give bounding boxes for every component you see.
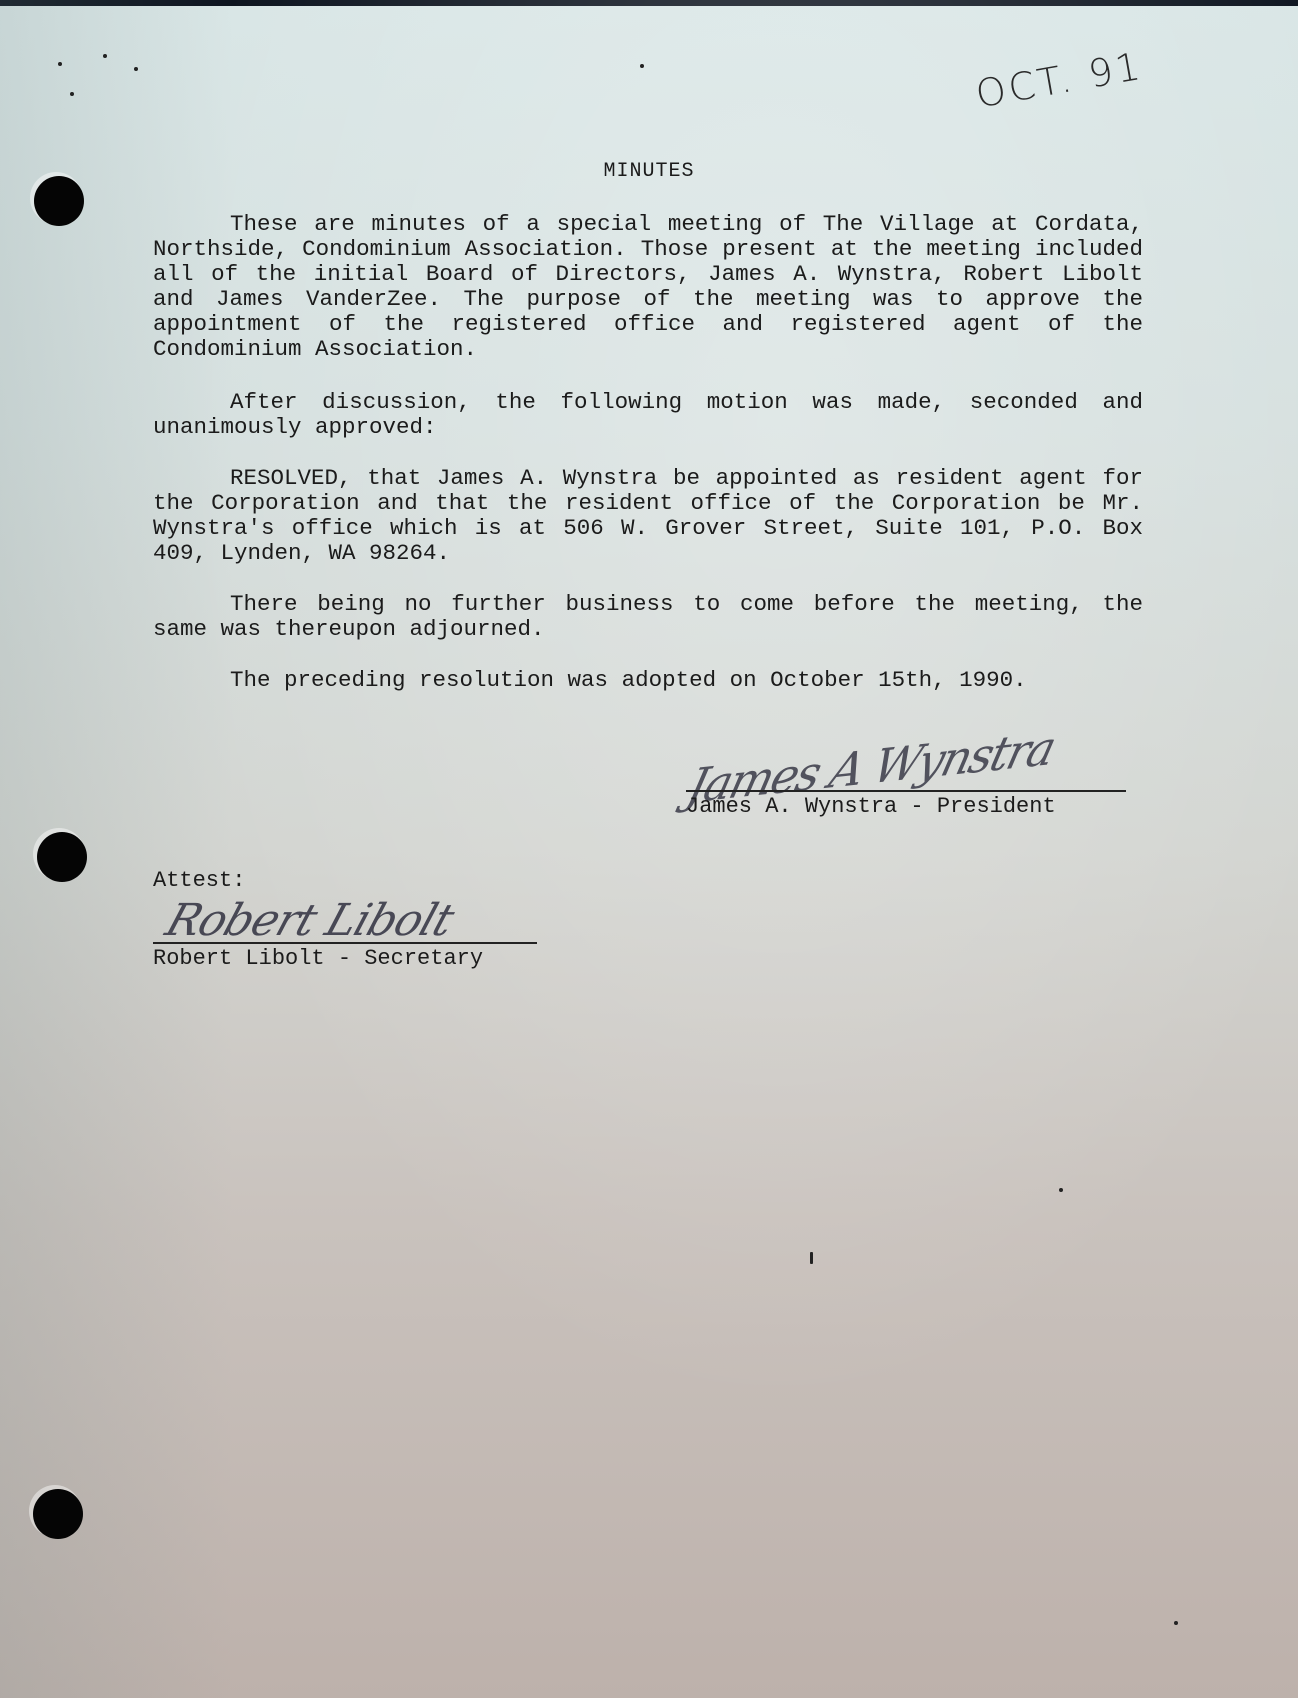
speck [1174,1621,1178,1625]
speck [1059,1188,1063,1192]
paragraph-discussion: After discussion, the following motion w… [153,390,1143,440]
attest-label: Attest: [153,868,245,893]
speck [640,64,644,68]
president-signature-label: James A. Wynstra - President [686,794,1126,819]
secretary-signature-block: Robert Libolt - Secretary [153,942,537,971]
binder-hole-middle [37,832,87,882]
binder-hole-top [34,176,84,226]
paragraph-text: After discussion, the following motion w… [153,389,1143,440]
signature-line [686,790,1126,792]
binder-hole-bottom [33,1489,83,1539]
signature-line [153,942,537,944]
paragraph-text: These are minutes of a special meeting o… [153,211,1143,362]
secretary-signature-label: Robert Libolt - Secretary [153,946,537,971]
paragraph-intro: These are minutes of a special meeting o… [153,212,1143,362]
paragraph-text: The preceding resolution was adopted on … [230,667,1027,693]
speck [134,67,138,71]
paragraph-text: There being no further business to come … [153,591,1143,642]
paragraph-text: RESOLVED, that James A. Wynstra be appoi… [153,465,1143,566]
scan-top-edge [0,0,1298,6]
document-title: MINUTES [0,160,1298,183]
speck [70,92,74,96]
speck [103,54,107,58]
paragraph-resolution: RESOLVED, that James A. Wynstra be appoi… [153,466,1143,566]
paragraph-adjourned: There being no further business to come … [153,592,1143,642]
handwritten-date-note: OCT. 91 [972,44,1146,117]
secretary-handwritten-signature: Robert Libolt [160,895,460,946]
speck [810,1252,813,1264]
president-signature-block: James A. Wynstra - President [686,790,1126,819]
paragraph-adoption-date: The preceding resolution was adopted on … [153,668,1143,693]
speck [58,62,62,66]
